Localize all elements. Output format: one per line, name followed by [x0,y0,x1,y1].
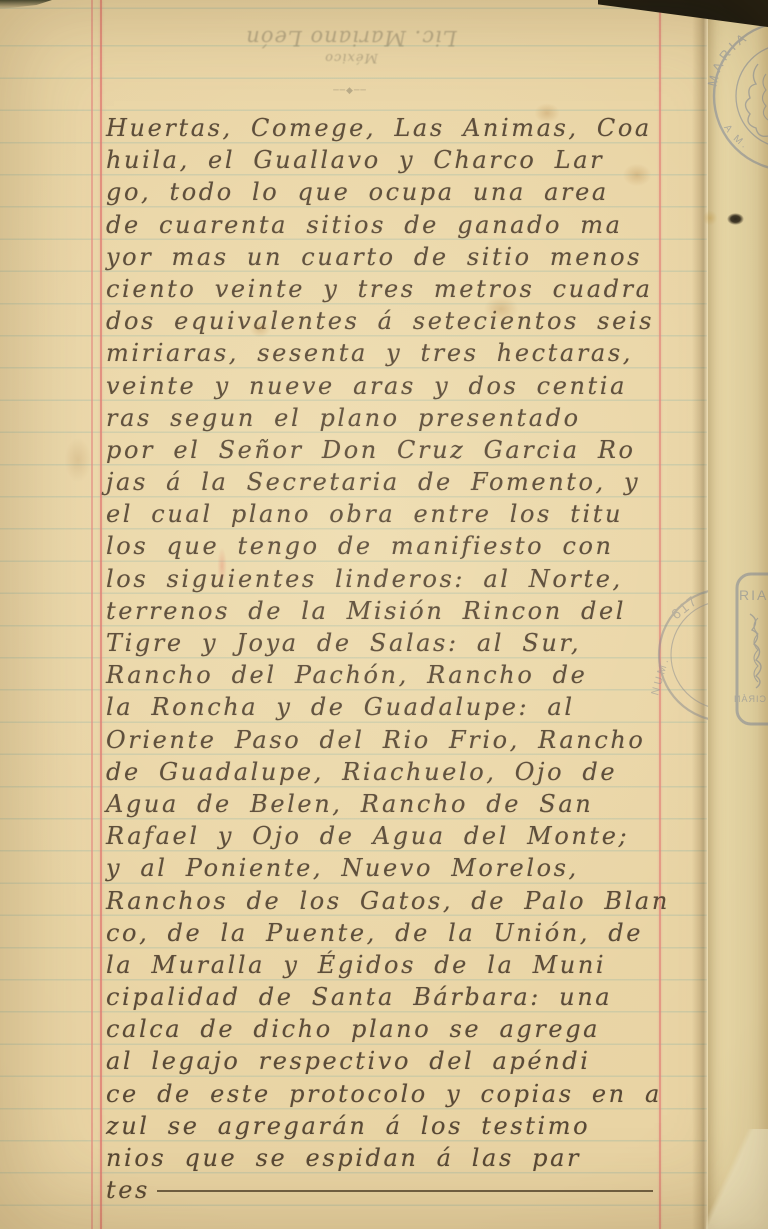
manuscript-line: dos equivalentes á setecientos seis [106,305,690,337]
manuscript-line: cipalidad de Santa Bárbara: una [106,981,690,1013]
stain [700,208,720,228]
stain [478,292,524,326]
manuscript-line: y al Poniente, Nuevo Morelos, [106,852,690,884]
stain [246,318,274,340]
ink-show-through: México Lic. Mariano León [236,26,466,65]
stain [618,160,656,190]
page-fold-shadow [692,0,708,1229]
manuscript-line: los que tengo de manifiesto con [106,530,690,562]
manuscript-line: terrenos de la Misión Rincon del [106,595,690,627]
red-ink-smudge [216,543,228,589]
manuscript-line: Huertas, Comege, Las Animas, Coa [106,112,690,144]
manuscript-line: el cual plano obra entre los titu [106,498,690,530]
ink-blot [727,213,744,225]
manuscript-line: jas á la Secretaria de Fomento, y [106,466,690,498]
manuscript-line: ras segun el plano presentado [106,402,690,434]
manuscript-line: go, todo lo que ocupa una area [106,176,690,208]
manuscript-line: ce de este protocolo y copias en a [106,1078,690,1110]
show-through-notary-name: Lic. Mariano León [236,26,466,50]
manuscript-line: Tigre y Joya de Salas: al Sur, [106,627,690,659]
manuscript-line: Agua de Belen, Rancho de San [106,788,690,820]
manuscript-line: de Guadalupe, Riachuelo, Ojo de [106,756,690,788]
manuscript-line: la Roncha y de Guadalupe: al [106,691,690,723]
manuscript-line: huila, el Guallavo y Charco Lar [106,144,690,176]
manuscript-line: la Muralla y Égidos de la Muni [106,949,690,981]
manuscript-line: miriaras, sesenta y tres hectaras, [106,337,690,369]
divider-flourish: ──◆── [314,86,386,96]
manuscript-line: al legajo respectivo del apéndi [106,1045,690,1077]
left-margin-line-outer [91,0,93,1229]
manuscript-line: calca de dicho plano se agrega [106,1013,690,1045]
manuscript-line: nios que se espidan á las par [106,1142,690,1174]
manuscript-line: por el Señor Don Cruz Garcia Ro [106,434,690,466]
manuscript-line: Rancho del Pachón, Rancho de [106,659,690,691]
manuscript-line: ciento veinte y tres metros cuadra [106,273,690,305]
manuscript-line: Oriente Paso del Rio Frio, Rancho [106,724,690,756]
stain [60,430,96,490]
manuscript-line: Rafael y Ojo de Agua del Monte; [106,820,690,852]
manuscript-line: veinte y nueve aras y dos centia [106,370,690,402]
manuscript-line: los siguientes linderos: al Norte, [106,563,690,595]
under-page-strip [708,0,768,1229]
manuscript-line: yor mas un cuarto de sitio menos [106,241,690,273]
under-page-corner [706,1129,768,1229]
scanned-manuscript-photo: { "document": { "kind": "Handwritten not… [0,0,768,1229]
show-through-mexico: México [236,50,466,65]
manuscript-line: zul se agregarán á los testimo [106,1110,690,1142]
manuscript-line: tes [106,1174,690,1206]
manuscript-line: Ranchos de los Gatos, de Palo Blan [106,885,690,917]
left-margin-line-inner [100,0,102,1229]
manuscript-line: de cuarenta sitios de ganado ma [106,209,690,241]
manuscript-line: co, de la Puente, de la Unión, de [106,917,690,949]
manuscript: Huertas, Comege, Las Animas, Coahuila, e… [106,112,690,1206]
stain [530,100,564,126]
